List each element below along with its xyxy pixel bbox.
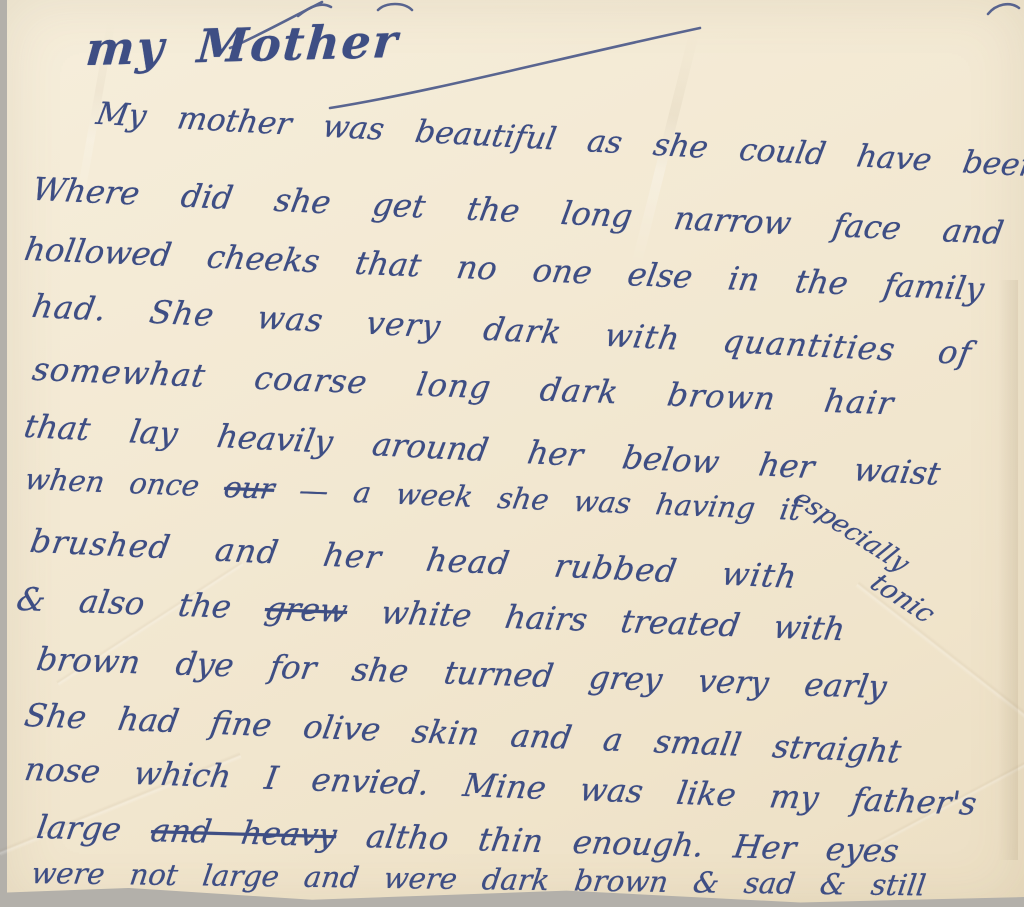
struck-text: our <box>222 470 277 506</box>
text-segment: large <box>34 808 154 849</box>
page-title: my Mother <box>84 14 401 76</box>
scan-background: { "colors": { "ink": "#3e4e84", "paper":… <box>0 0 1024 907</box>
struck-text: and heavy <box>148 811 339 854</box>
struck-text: grew <box>262 589 350 630</box>
